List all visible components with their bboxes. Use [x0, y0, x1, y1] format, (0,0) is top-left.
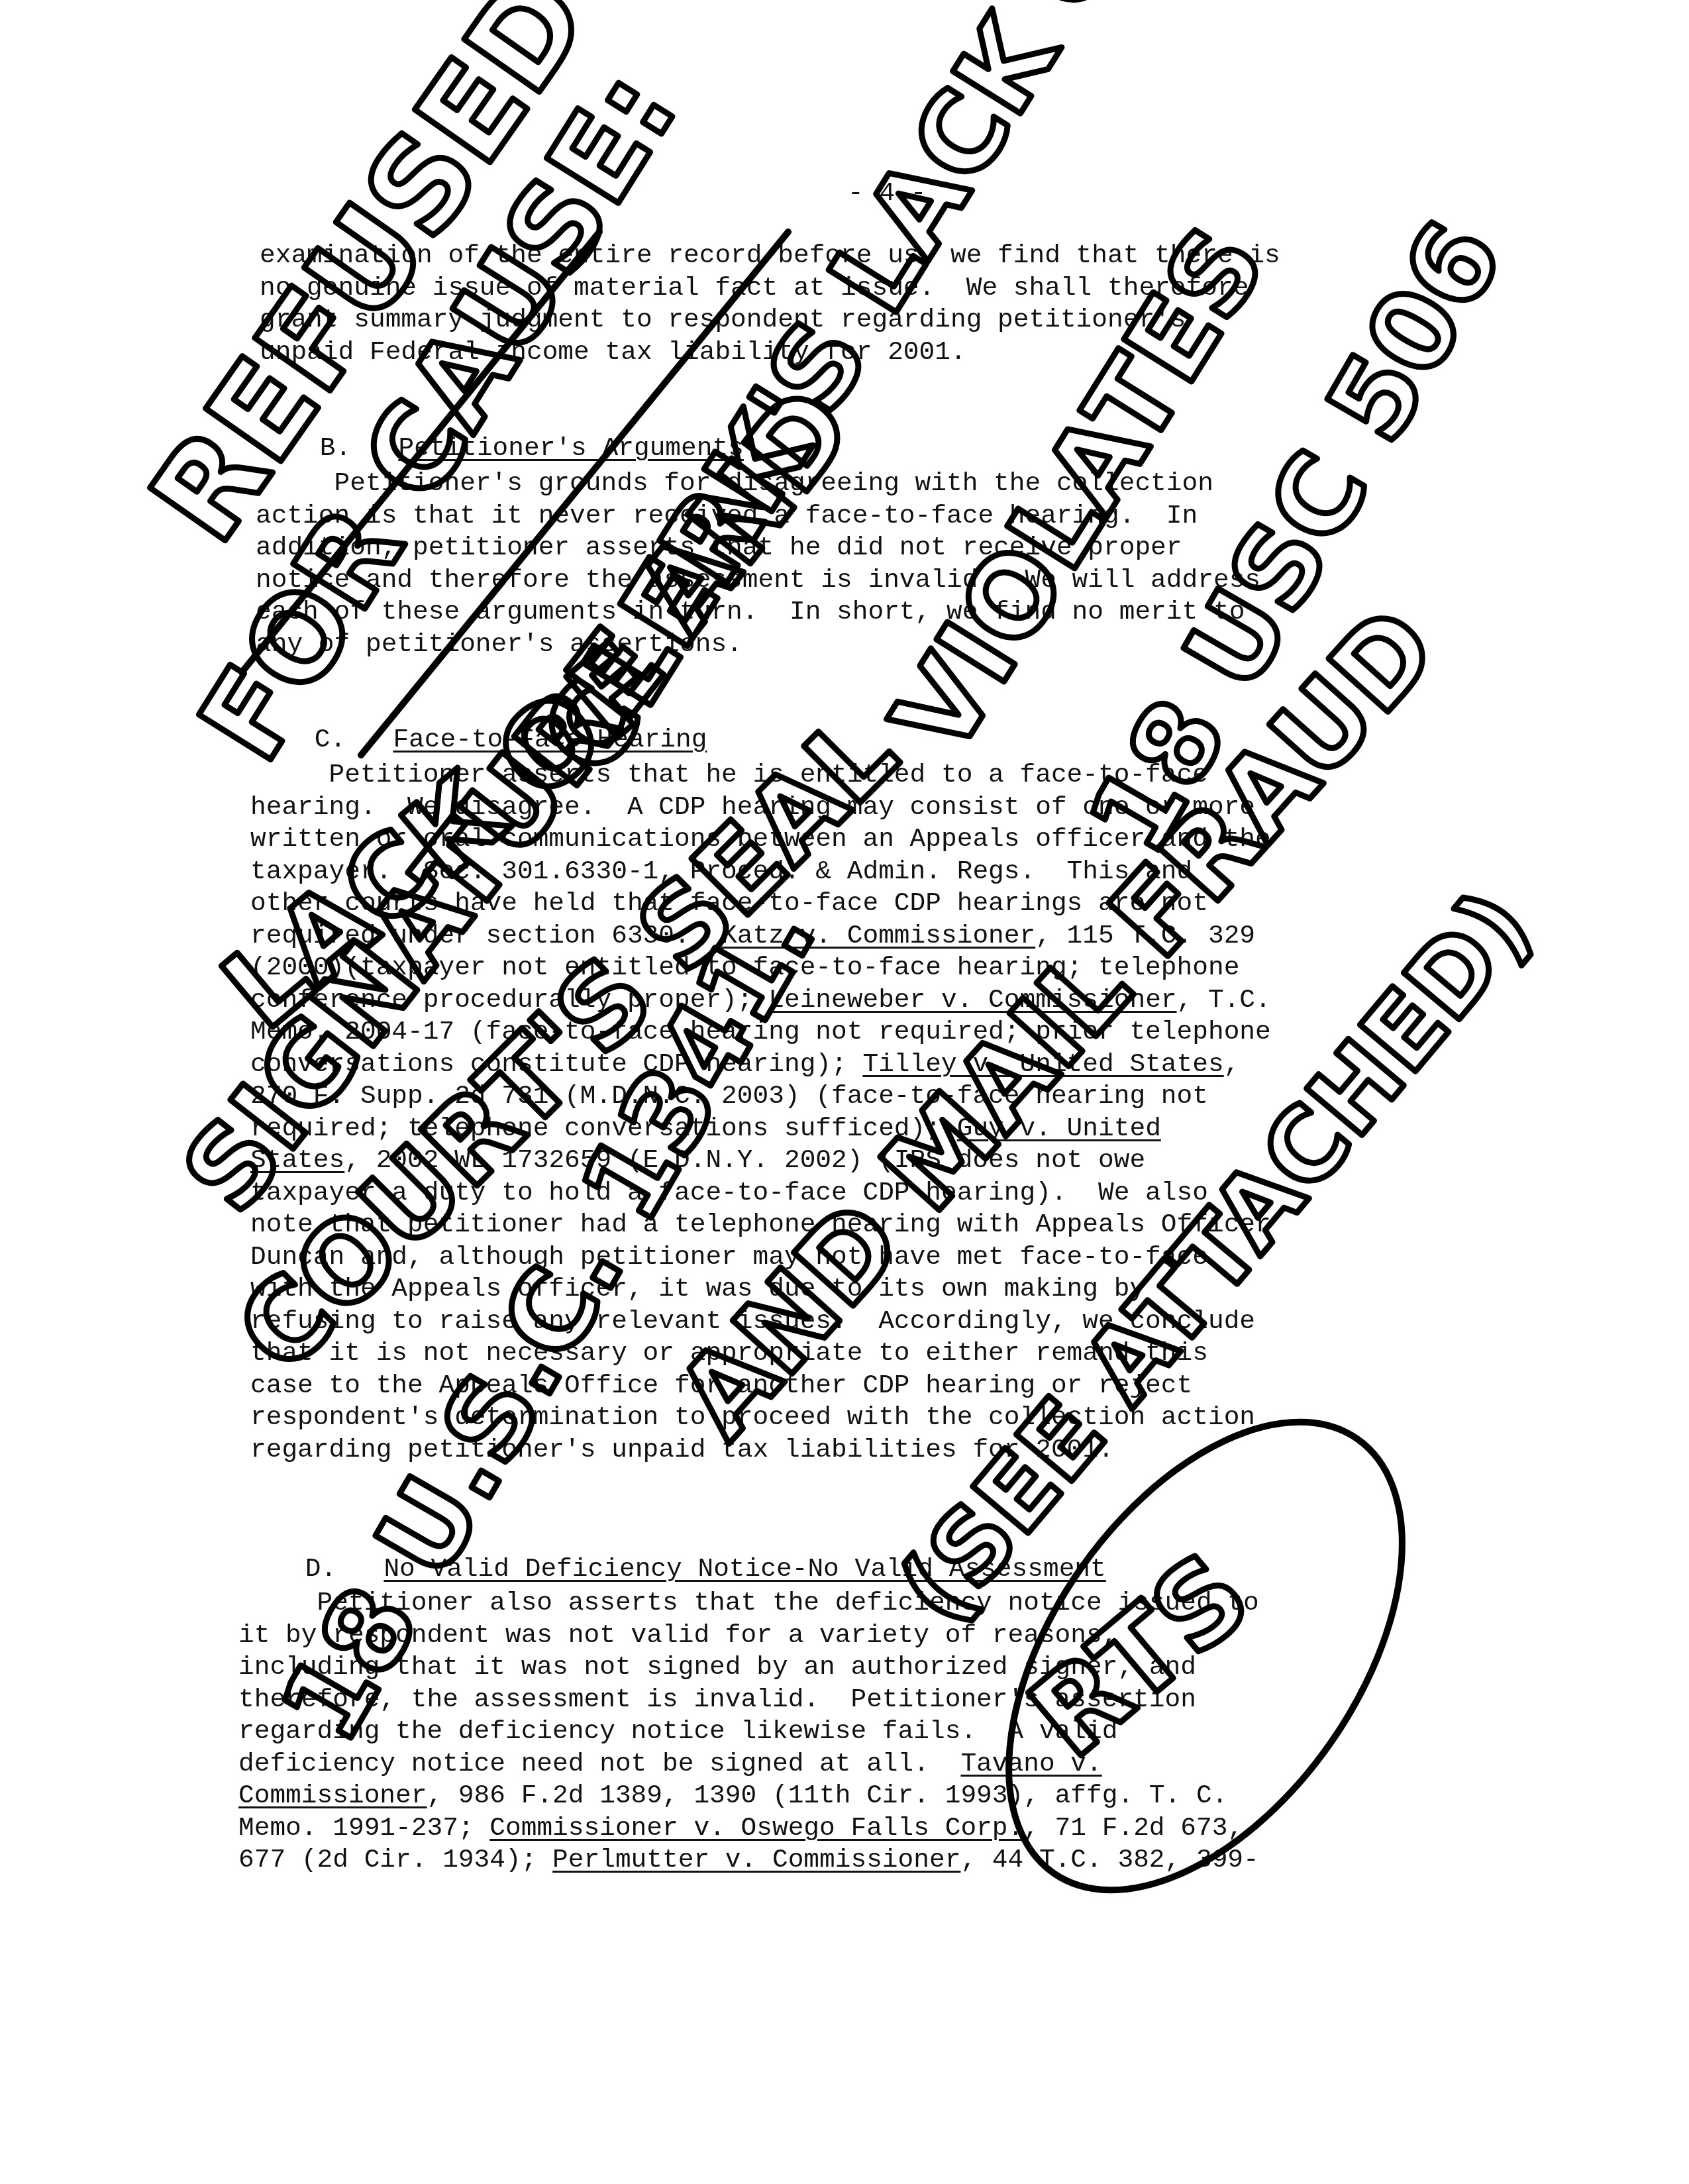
text-line: case to the Appeals Office for another C…: [250, 1370, 1271, 1402]
document-page: - 4 - examination of the entire record b…: [0, 0, 1689, 2184]
text-run: that it is not necessary or appropriate …: [250, 1338, 1208, 1368]
text-run: ,: [1224, 1049, 1240, 1079]
text-run: respondent's determination to proceed wi…: [250, 1402, 1255, 1432]
text-line: (2000)(taxpayer not entitled to face-to-…: [250, 952, 1271, 984]
case-citation: Tavano v.: [960, 1749, 1101, 1779]
text-line: written or oral communications between a…: [250, 823, 1271, 856]
text-line: examination of the entire record before …: [260, 240, 1280, 272]
text-run: conversations constitute CDP hearing);: [250, 1049, 862, 1079]
text-line: required; telephone conversations suffic…: [250, 1113, 1271, 1145]
text-line: grant summary judgment to respondent reg…: [260, 304, 1280, 337]
text-line: required under section 6330. Katz v. Com…: [250, 920, 1271, 953]
case-citation: Leineweber v. Commissioner: [768, 985, 1176, 1015]
text-line: action is that it never received a face-…: [256, 500, 1260, 533]
text-run: Duncan and, although petitioner may not …: [250, 1242, 1208, 1272]
text-line: refusing to raise any relevant issues. A…: [250, 1306, 1271, 1338]
text-run: refusing to raise any relevant issues. A…: [250, 1306, 1255, 1336]
text-line: Memo. 1991-237; Commissioner v. Oswego F…: [238, 1812, 1259, 1845]
text-run: Petitioner also asserts that the deficie…: [238, 1588, 1259, 1618]
text-run: Memo. 2004-17 (face-to-face hearing not …: [250, 1017, 1271, 1047]
text-line: any of petitioner's assertions.: [256, 629, 1260, 661]
text-line: Commissioner, 986 F.2d 1389, 1390 (11th …: [238, 1780, 1259, 1812]
text-line: Memo. 2004-17 (face-to-face hearing not …: [250, 1016, 1271, 1049]
section-b-paragraph: Petitioner's grounds for disagreeing wit…: [256, 468, 1260, 660]
text-run: note that petitioner had a telephone hea…: [250, 1210, 1271, 1239]
section-b-title: Petitioner's Arguments: [398, 433, 744, 463]
text-run: including that it was not signed by an a…: [238, 1652, 1196, 1682]
text-run: , 71 F.2d 673,: [1023, 1813, 1243, 1843]
intro-paragraph: examination of the entire record before …: [260, 240, 1280, 368]
text-line: Petitioner's grounds for disagreeing wit…: [256, 468, 1260, 500]
section-c-letter: C.: [315, 725, 346, 754]
case-citation: Commissioner: [238, 1781, 427, 1810]
text-run: Memo. 1991-237;: [238, 1813, 489, 1843]
text-line: that it is not necessary or appropriate …: [250, 1337, 1271, 1370]
text-run: regarding petitioner's unpaid tax liabil…: [250, 1435, 1114, 1465]
text-line: Petitioner also asserts that the deficie…: [238, 1587, 1259, 1620]
text-run: deficiency notice need not be signed at …: [238, 1749, 960, 1779]
case-citation: Katz v. Commissioner: [721, 921, 1035, 951]
text-line: addition, petitioner asserts that he did…: [256, 532, 1260, 564]
text-line: unpaid Federal income tax liability for …: [260, 337, 1280, 369]
text-line: hearing. We disagree. A CDP hearing may …: [250, 792, 1271, 824]
text-run: conference procedurally proper);: [250, 985, 768, 1015]
section-c-title: Face-to-Face Hearing: [393, 725, 707, 754]
text-run: case to the Appeals Office for another C…: [250, 1371, 1192, 1400]
case-citation: Guy v. United: [957, 1114, 1161, 1143]
case-citation: Tilley v. United States: [862, 1049, 1223, 1079]
text-run: 270 F. Supp. 2d 731 (M.D.N.C. 2003) (fac…: [250, 1081, 1208, 1111]
text-run: regarding the deficiency notice likewise…: [238, 1716, 1117, 1746]
text-line: each of these arguments in turn. In shor…: [256, 596, 1260, 629]
text-run: Petitioner asserts that he is entitled t…: [250, 760, 1208, 790]
text-line: taxpayer a duty to hold a face-to-face C…: [250, 1177, 1271, 1210]
text-line: Petitioner asserts that he is entitled t…: [250, 759, 1271, 792]
text-run: , 2002 WL 1732659 (E.D.N.Y. 2002) (IRS d…: [344, 1145, 1145, 1175]
text-line: Duncan and, although petitioner may not …: [250, 1241, 1271, 1274]
text-line: deficiency notice need not be signed at …: [238, 1748, 1259, 1781]
text-run: taxpayer. Sec. 301.6330-1, Proced. & Adm…: [250, 857, 1192, 886]
text-run: 677 (2d Cir. 1934);: [238, 1845, 552, 1875]
text-run: other courts have held that face-to-face…: [250, 888, 1208, 918]
text-run: , T.C.: [1177, 985, 1271, 1015]
text-line: States, 2002 WL 1732659 (E.D.N.Y. 2002) …: [250, 1145, 1271, 1177]
text-line: taxpayer. Sec. 301.6330-1, Proced. & Adm…: [250, 856, 1271, 888]
text-line: including that it was not signed by an a…: [238, 1651, 1259, 1684]
text-run: it by respondent was not valid for a var…: [238, 1620, 1117, 1650]
text-line: regarding petitioner's unpaid tax liabil…: [250, 1434, 1271, 1467]
section-d-letter: D.: [305, 1554, 336, 1584]
page-number: - 4 -: [848, 178, 927, 210]
text-line: therefore, the assessment is invalid. Pe…: [238, 1684, 1259, 1716]
text-line: no genuine issue of material fact at iss…: [260, 272, 1280, 305]
text-run: therefore, the assessment is invalid. Pe…: [238, 1685, 1196, 1714]
text-line: regarding the deficiency notice likewise…: [238, 1716, 1259, 1748]
text-line: other courts have held that face-to-face…: [250, 888, 1271, 920]
text-run: required; telephone conversations suffic…: [250, 1114, 957, 1143]
text-run: (2000)(taxpayer not entitled to face-to-…: [250, 953, 1239, 982]
text-run: , 115 T.C. 329: [1035, 921, 1255, 951]
text-line: 270 F. Supp. 2d 731 (M.D.N.C. 2003) (fac…: [250, 1080, 1271, 1113]
case-citation: Commissioner v. Oswego Falls Corp.: [489, 1813, 1023, 1843]
section-c-paragraph: Petitioner asserts that he is entitled t…: [250, 759, 1271, 1466]
text-line: conference procedurally proper); Leinewe…: [250, 984, 1271, 1017]
text-run: taxpayer a duty to hold a face-to-face C…: [250, 1178, 1208, 1208]
text-run: , 44 T.C. 382, 399-: [960, 1845, 1258, 1875]
text-line: with the Appeals officer, it was due to …: [250, 1273, 1271, 1306]
text-line: notice and therefore the assessment is i…: [256, 564, 1260, 597]
annotation-clerks-lack-of: CLERK'S LACK OF: [517, 0, 1191, 796]
text-line: it by respondent was not valid for a var…: [238, 1620, 1259, 1652]
text-line: 677 (2d Cir. 1934); Perlmutter v. Commis…: [238, 1844, 1259, 1877]
text-line: conversations constitute CDP hearing); T…: [250, 1049, 1271, 1081]
text-run: required under section 6330.: [250, 921, 721, 951]
text-line: note that petitioner had a telephone hea…: [250, 1209, 1271, 1241]
text-run: with the Appeals officer, it was due to …: [250, 1274, 1145, 1304]
section-b-letter: B.: [320, 433, 351, 463]
text-run: , 986 F.2d 1389, 1390 (11th Cir. 1993), …: [427, 1781, 1227, 1810]
text-run: written or oral communications between a…: [250, 824, 1271, 854]
section-d-title: No Valid Deficiency Notice-No Valid Asse…: [384, 1554, 1105, 1584]
section-d-paragraph: Petitioner also asserts that the deficie…: [238, 1587, 1259, 1877]
text-line: respondent's determination to proceed wi…: [250, 1402, 1271, 1434]
text-run: hearing. We disagree. A CDP hearing may …: [250, 792, 1255, 822]
case-citation: States: [250, 1145, 344, 1175]
case-citation: Perlmutter v. Commissioner: [552, 1845, 960, 1875]
